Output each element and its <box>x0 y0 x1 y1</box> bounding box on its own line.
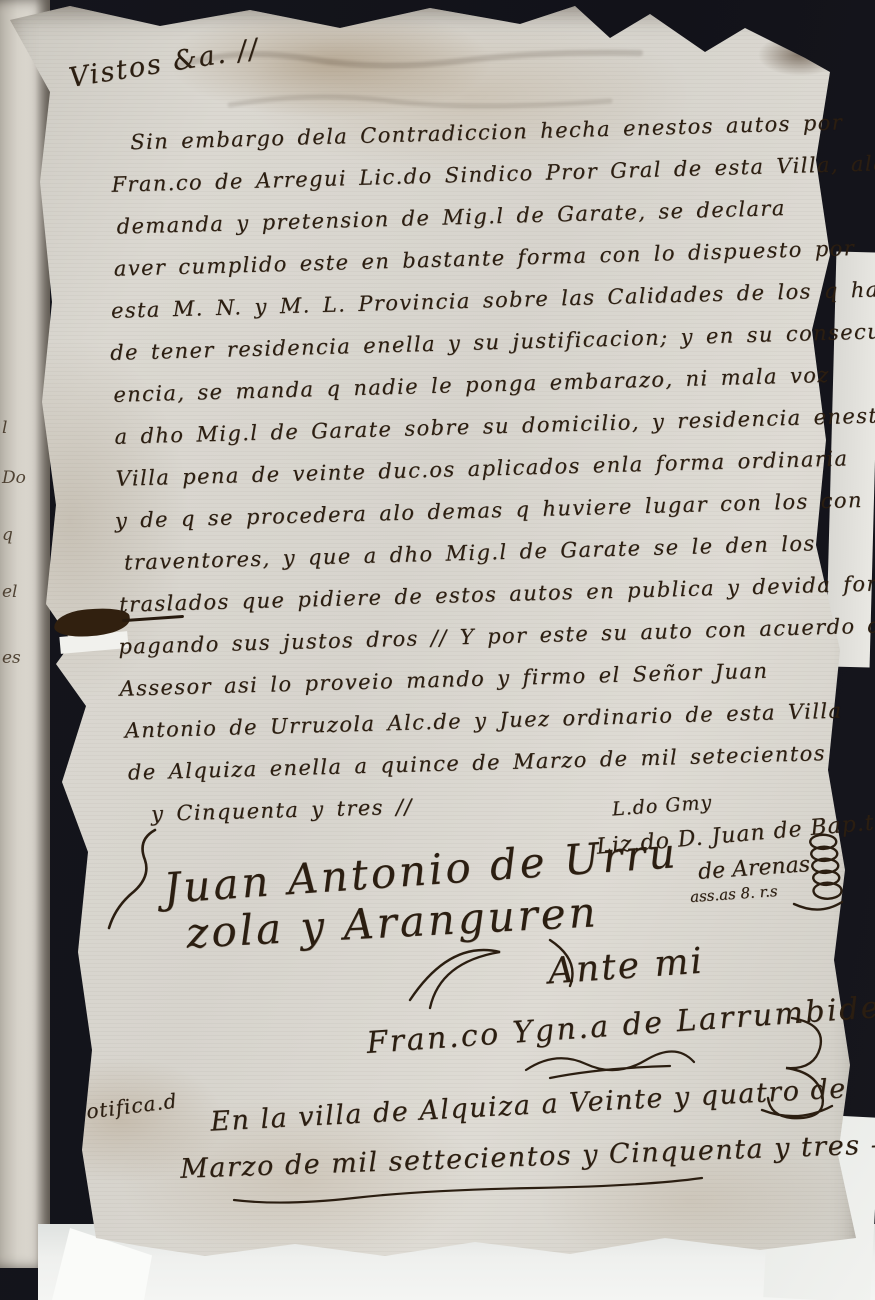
body-text: Sin embargo dela Contradiccion hecha ene… <box>104 109 875 845</box>
under-page-text-fragment: l <box>2 418 7 438</box>
under-page-text-fragment: es <box>2 648 21 668</box>
manuscript-photo: l Do q el es Vistos &a. // Sin embargo d… <box>0 0 875 1300</box>
closing-underline-flourish <box>228 1172 708 1206</box>
under-page-text-fragment: Do <box>2 468 26 488</box>
rubric-coil-flourish <box>786 830 850 916</box>
larrumbide-rubric-flourish <box>520 1048 700 1084</box>
under-page-text-fragment: el <box>2 582 18 602</box>
under-page-text-fragment: q <box>2 525 13 545</box>
paraph-flourish <box>100 822 170 932</box>
